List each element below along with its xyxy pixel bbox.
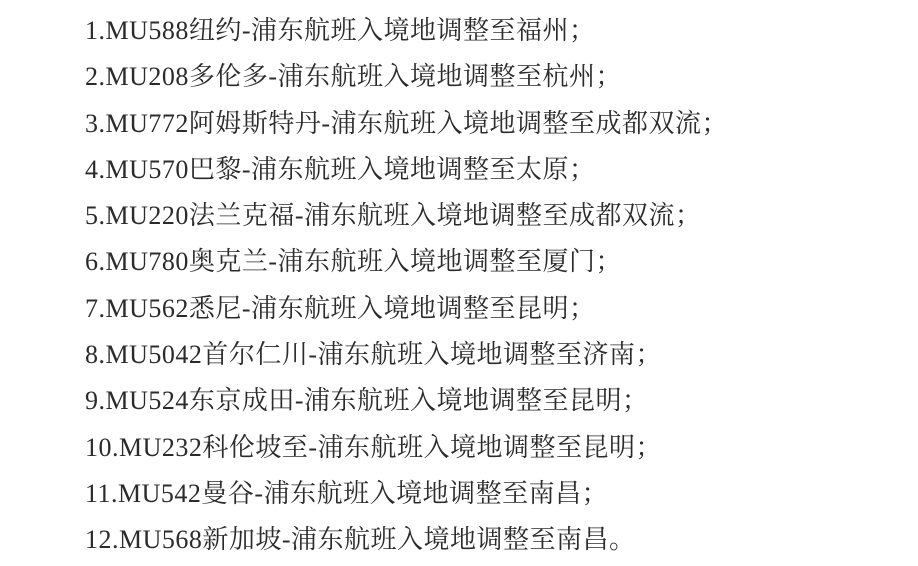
- flight-adjustment-line-1: 1.MU588纽约-浦东航班入境地调整至福州；: [85, 8, 898, 54]
- flight-adjustment-line-3: 3.MU772阿姆斯特丹-浦东航班入境地调整至成都双流；: [85, 101, 898, 147]
- flight-adjustment-line-12: 12.MU568新加坡-浦东航班入境地调整至南昌。: [85, 517, 898, 563]
- flight-adjustment-line-2: 2.MU208多伦多-浦东航班入境地调整至杭州；: [85, 54, 898, 100]
- flight-adjustment-line-5: 5.MU220法兰克福-浦东航班入境地调整至成都双流；: [85, 193, 898, 239]
- flight-adjustment-line-4: 4.MU570巴黎-浦东航班入境地调整至太原；: [85, 147, 898, 193]
- document-page: 1.MU588纽约-浦东航班入境地调整至福州； 2.MU208多伦多-浦东航班入…: [0, 0, 918, 566]
- flight-adjustment-line-8: 8.MU5042首尔仁川-浦东航班入境地调整至济南；: [85, 332, 898, 378]
- flight-adjustment-line-6: 6.MU780奥克兰-浦东航班入境地调整至厦门；: [85, 239, 898, 285]
- flight-adjustment-line-10: 10.MU232科伦坡至-浦东航班入境地调整至昆明；: [85, 425, 898, 471]
- flight-adjustment-line-9: 9.MU524东京成田-浦东航班入境地调整至昆明；: [85, 378, 898, 424]
- flight-adjustment-line-11: 11.MU542曼谷-浦东航班入境地调整至南昌；: [85, 471, 898, 517]
- flight-adjustment-list: 1.MU588纽约-浦东航班入境地调整至福州； 2.MU208多伦多-浦东航班入…: [85, 8, 898, 564]
- flight-adjustment-line-7: 7.MU562悉尼-浦东航班入境地调整至昆明；: [85, 286, 898, 332]
